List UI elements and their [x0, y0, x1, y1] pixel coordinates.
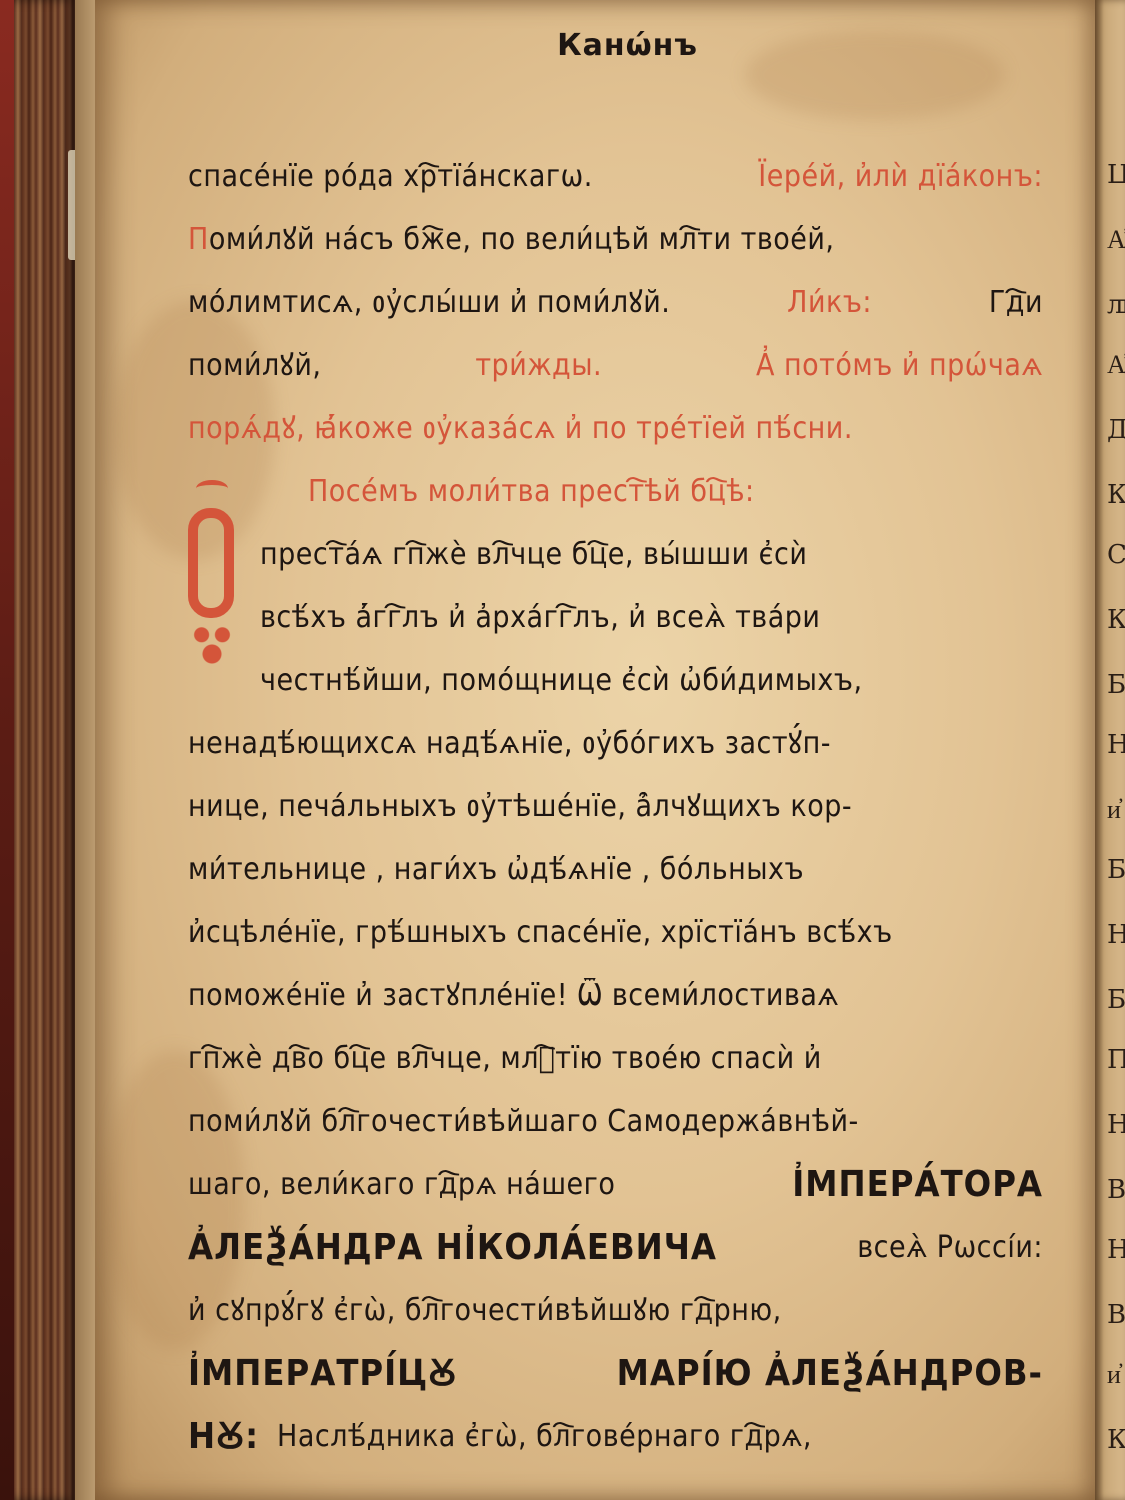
facing-page-fragment: Н	[1107, 730, 1125, 760]
facing-page-fragment: Кі	[1107, 605, 1125, 635]
text-line: ненадѣ́ющихсѧ надѣ́ѧнїе, ᲂу҆бо́гихъ заст…	[188, 712, 1043, 775]
text-line: НꙊ: Наслѣ́дника є҆гѡ̀, бл҇гове́рнаго гд҇…	[188, 1405, 1043, 1468]
facing-page-fragment: Н	[1107, 920, 1125, 950]
facing-page-fragment: и҆	[1107, 1360, 1119, 1390]
text-segment: всѣ́хъ а҆́гг҇лъ и҆ а҆рха́гг҇лъ, и҆ всеѧ̀…	[260, 586, 820, 649]
rubric-segment: порѧ́дꙋ, ꙗ҆́коже ᲂу҆каза́сѧ и҆ по тре́тї…	[188, 397, 853, 460]
text-line: поми́лꙋй бл҇гочести́вѣйшаго Самодержа́вн…	[188, 1090, 1043, 1153]
text-segment: ми́тельнице , наги́хъ ѡ҆дѣ́ѧнїе , бо́льн…	[188, 838, 804, 901]
text-line: и҆сцѣле́нїе, грѣ́шныхъ спасе́нїе, хрїстї…	[188, 901, 1043, 964]
rubric-segment: три́жды.	[475, 334, 602, 397]
rubric-segment: Їере́й, и҆лѝ дїа́конъ:	[758, 145, 1043, 208]
text-line: гп҇жѐ дв҇о бц҇е вл҇чце, млⷭ҇тїю твое́ю с…	[188, 1027, 1043, 1090]
text-line: и҆ сꙋпрꙋ́гꙋ є҆гѡ̀, бл҇гочести́вѣйшꙋю гд҇…	[188, 1279, 1043, 1342]
text-line: шаго, вели́каго гд҇рѧ на́шего І҆МПЕРА́ТО…	[188, 1153, 1043, 1216]
facing-page-fragment: ли	[1107, 290, 1125, 320]
facing-page-fragment: Н	[1107, 1235, 1125, 1265]
prayer-heading: Посе́мъ моли́тва прест҇ѣй бц҇ѣ:	[308, 460, 755, 523]
text-line: А҆ЛЕѮА́НДРА НІ҆КОЛА́ЕВИЧА всеѧ̀ Рѡссі́и:	[188, 1216, 1043, 1279]
facing-page-fragment: Б	[1107, 670, 1124, 700]
text-line: нице, печа́льныхъ ᲂу҆тѣше́нїе, а҆̑лчꙋщих…	[188, 775, 1043, 838]
facing-page-fragment: А҆л	[1107, 350, 1125, 380]
text-line: І҆МПЕРАТРІ́ЦꙊ МАРІ́Ю А҆ЛЕѮА́НДРОВ-	[188, 1342, 1043, 1405]
text-segment: Гд҇и	[989, 271, 1043, 334]
facing-page-fragment: Де	[1107, 415, 1125, 445]
page-text: спасе́нїе ро́да хр҇тїа́нскагѡ. Їере́й, и…	[188, 145, 1043, 1468]
facing-page-fragment: В	[1107, 1300, 1124, 1330]
text-segment: поможе́нїе и҆ застꙋпле́нїе! Ѿ всеми́лост…	[188, 964, 839, 1027]
text-line: прест҇а́ѧ гп҇жѐ вл҇чце бц҇е, вы́шши є҆сѝ	[188, 523, 1043, 586]
facing-page-fragment: А҆л	[1107, 225, 1125, 255]
facing-page-fragment: Б	[1107, 985, 1124, 1015]
empress-title: І҆МПЕРАТРІ́ЦꙊ	[188, 1342, 457, 1405]
text-line: ми́тельнице , наги́хъ ѡ҆дѣ́ѧнїе , бо́льн…	[188, 838, 1043, 901]
rubric-heading: Посе́мъ моли́тва прест҇ѣй бц҇ѣ:	[188, 460, 1043, 523]
rubric-segment: А҆ пото́мъ и҆ прѡ́чаѧ	[756, 334, 1043, 397]
facing-page-fragment: Н	[1107, 1110, 1125, 1140]
facing-page-fragment: Б	[1107, 855, 1124, 885]
text-segment: поми́лꙋй,	[188, 334, 322, 397]
text-segment: и҆сцѣле́нїе, грѣ́шныхъ спасе́нїе, хрїстї…	[188, 901, 893, 964]
facing-page-edge: Це А҆л ли А҆л Де Кі Сѧ Кі Б Н и҆ Б Н Б П…	[1095, 0, 1125, 1500]
text-segment: поми́лꙋй бл҇гочести́вѣйшаго Самодержа́вн…	[188, 1090, 859, 1153]
facing-page-fragment: К	[1107, 1425, 1125, 1455]
text-line: порѧ́дꙋ, ꙗ҆́коже ᲂу҆каза́сѧ и҆ по тре́тї…	[188, 397, 1043, 460]
book-cover-edge	[0, 0, 14, 1500]
text-segment: шаго, вели́каго гд҇рѧ на́шего	[188, 1153, 615, 1216]
empress-name-end: НꙊ:	[188, 1405, 259, 1468]
text-segment: Наслѣ́дника є҆гѡ̀, бл҇гове́рнаго гд҇рѧ,	[277, 1405, 812, 1468]
text-segment: спасе́нїе ро́да хр҇тїа́нскагѡ.	[188, 145, 593, 208]
book-binding	[0, 0, 75, 1500]
text-segment: и҆ сꙋпрꙋ́гꙋ є҆гѡ̀, бл҇гочести́вѣйшꙋю гд҇…	[188, 1279, 782, 1342]
facing-page-fragment: П	[1107, 1045, 1125, 1075]
book-photo: Це А҆л ли А҆л Де Кі Сѧ Кі Б Н и҆ Б Н Б П…	[0, 0, 1125, 1500]
text-line: поможе́нїе и҆ застꙋпле́нїе! Ѿ всеми́лост…	[188, 964, 1043, 1027]
facing-page-fragment: В	[1107, 1175, 1124, 1205]
rubric-initial: П	[188, 208, 209, 271]
text-line: П оми́лꙋй на́съ бж҇е, по вели́цѣй мл҇ти …	[188, 208, 1043, 271]
text-segment: ненадѣ́ющихсѧ надѣ́ѧнїе, ᲂу҆бо́гихъ заст…	[188, 712, 831, 775]
text-line: поми́лꙋй, три́жды. А҆ пото́мъ и҆ прѡ́чаѧ	[188, 334, 1043, 397]
text-segment: нице, печа́льныхъ ᲂу҆тѣше́нїе, а҆̑лчꙋщих…	[188, 775, 852, 838]
text-segment: честнѣ́йши, помо́щнице є҆сѝ ѡ҆би́димыхъ,	[260, 649, 863, 712]
text-segment: прест҇а́ѧ гп҇жѐ вл҇чце бц҇е, вы́шши є҆сѝ	[260, 523, 807, 586]
emperor-title: І҆МПЕРА́ТОРА	[792, 1153, 1043, 1216]
facing-page-fragment: Сѧ	[1107, 540, 1125, 570]
text-line: честнѣ́йши, помо́щнице є҆сѝ ѡ҆би́димыхъ,	[188, 649, 1043, 712]
facing-page-fragment: Кі	[1107, 480, 1125, 510]
emperor-name: А҆ЛЕѮА́НДРА НІ҆КОЛА́ЕВИЧА	[188, 1216, 717, 1279]
text-segment: всеѧ̀ Рѡссі́и:	[857, 1216, 1043, 1279]
text-segment: мо́лимтисѧ, ᲂу҆слы́ши и҆ поми́лꙋй.	[188, 271, 670, 334]
empress-name: МАРІ́Ю А҆ЛЕѮА́НДРОВ-	[617, 1342, 1043, 1405]
text-line: спасе́нїе ро́да хр҇тїа́нскагѡ. Їере́й, и…	[188, 145, 1043, 208]
text-segment: гп҇жѐ дв҇о бц҇е вл҇чце, млⷭ҇тїю твое́ю с…	[188, 1027, 822, 1090]
text-segment: оми́лꙋй на́съ бж҇е, по вели́цѣй мл҇ти тв…	[209, 208, 1043, 271]
running-title: Канѡ́нъ	[0, 28, 1125, 63]
text-line: всѣ́хъ а҆́гг҇лъ и҆ а҆рха́гг҇лъ, и҆ всеѧ̀…	[188, 586, 1043, 649]
facing-page-fragment: и҆	[1107, 795, 1119, 825]
facing-page-fragment: Це	[1107, 160, 1125, 190]
rubric-segment: Ли́къ:	[787, 271, 872, 334]
text-line: мо́лимтисѧ, ᲂу҆слы́ши и҆ поми́лꙋй. Ли́къ…	[188, 271, 1043, 334]
